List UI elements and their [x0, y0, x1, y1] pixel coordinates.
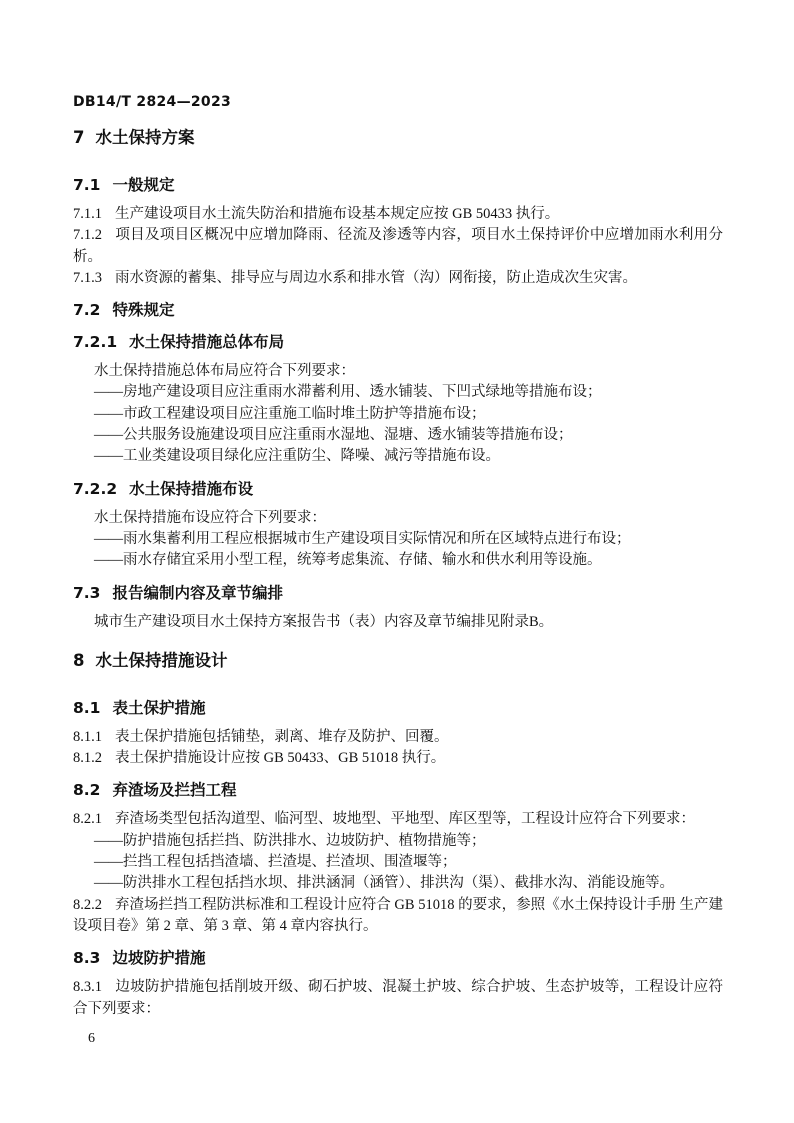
heading-number: 7.2.1 [73, 333, 117, 351]
subsection-7-2-2-heading: 7.2.2水土保持措施布设 [73, 478, 723, 500]
clause-8-1-2: 8.1.2表土保护措施设计应按 GB 50433、GB 51018 执行。 [73, 748, 723, 769]
clause-text: 弃渣场类型包括沟道型、临河型、坡地型、平地型、库区型等，工程设计应符合下列要求： [115, 811, 695, 827]
doc-number: DB14/T 2824—2023 [73, 95, 723, 110]
clause-7-1-1: 7.1.1生产建设项目水土流失防治和措施布设基本规定应按 GB 50433 执行… [73, 204, 723, 225]
clause-text: 项目及项目区概况中应增加降雨、径流及渗透等内容，项目水土保持评价中应增加雨水利用… [73, 227, 723, 264]
heading-title: 表土保护措施 [112, 699, 205, 717]
list-item-dash: ——防护措施包括拦挡、防洪排水、边坡防护、植物措施等； [94, 831, 723, 852]
section-8-3-heading: 8.3边坡防护措施 [73, 947, 723, 969]
section-8-1-heading: 8.1表土保护措施 [73, 697, 723, 719]
clause-number: 8.2.2 [73, 897, 102, 913]
heading-number: 7 [73, 128, 84, 147]
heading-number: 7.2 [73, 301, 100, 319]
heading-number: 7.1 [73, 176, 100, 194]
clause-text: 边坡防护措施包括削坡开级、砌石护坡、混凝土护坡、综合护坡、生态护坡等，工程设计应… [73, 979, 723, 1016]
subsection-7-2-1-heading: 7.2.1水土保持措施总体布局 [73, 331, 723, 353]
heading-title: 一般规定 [112, 176, 174, 194]
chapter-8-heading: 8水土保持措施设计 [73, 650, 723, 672]
clause-number: 8.3.1 [73, 979, 102, 995]
list-item-dash: ——雨水存储宜采用小型工程，统筹考虑集流、存储、输水和供水利用等设施。 [94, 550, 723, 571]
list-item-dash: ——防洪排水工程包括挡水坝、排洪涵洞（涵管）、排洪沟（渠）、截排水沟、消能设施等… [94, 873, 723, 894]
paragraph: 城市生产建设项目水土保持方案报告书（表）内容及章节编排见附录B。 [73, 612, 723, 633]
heading-number: 8.1 [73, 699, 100, 717]
heading-number: 8 [73, 651, 84, 670]
clause-number: 8.2.1 [73, 811, 102, 827]
heading-title: 特殊规定 [112, 301, 174, 319]
clause-8-2-2: 8.2.2弃渣场拦挡工程防洪标准和工程设计应符合 GB 51018 的要求，参照… [73, 895, 723, 938]
section-8-2-heading: 8.2弃渣场及拦挡工程 [73, 779, 723, 801]
clause-number: 7.1.2 [73, 227, 102, 243]
clause-text: 表土保护措施包括铺垫，剥离、堆存及防护、回覆。 [115, 729, 449, 745]
heading-title: 水土保持措施布设 [129, 480, 253, 498]
list-item-dash: ——房地产建设项目应注重雨水滞蓄利用、透水铺装、下凹式绿地等措施布设； [94, 382, 723, 403]
section-7-1-heading: 7.1一般规定 [73, 174, 723, 196]
clause-number: 7.1.1 [73, 206, 102, 222]
heading-number: 8.3 [73, 949, 100, 967]
heading-title: 弃渣场及拦挡工程 [112, 781, 236, 799]
clause-text: 雨水资源的蓄集、排导应与周边水系和排水管（沟）网衔接，防止造成次生灾害。 [115, 270, 637, 286]
list-item-dash: ——工业类建设项目绿化应注重防尘、降噪、减污等措施布设。 [94, 446, 723, 467]
list-item-dash: ——公共服务设施建设项目应注重雨水湿地、湿塘、透水铺装等措施布设； [94, 425, 723, 446]
clause-number: 8.1.2 [73, 750, 102, 766]
document-page: DB14/T 2824—2023 7水土保持方案 7.1一般规定 7.1.1生产… [0, 0, 794, 1123]
heading-number: 7.3 [73, 584, 100, 602]
clause-text: 生产建设项目水土流失防治和措施布设基本规定应按 GB 50433 执行。 [115, 206, 559, 222]
clause-8-3-1: 8.3.1边坡防护措施包括削坡开级、砌石护坡、混凝土护坡、综合护坡、生态护坡等，… [73, 977, 723, 1020]
heading-title: 报告编制内容及章节编排 [112, 584, 283, 602]
page-number: 6 [88, 1031, 95, 1047]
section-7-2-heading: 7.2特殊规定 [73, 299, 723, 321]
clause-8-1-1: 8.1.1表土保护措施包括铺垫，剥离、堆存及防护、回覆。 [73, 727, 723, 748]
heading-title: 水土保持措施设计 [95, 651, 227, 670]
paragraph: 水土保持措施总体布局应符合下列要求： [73, 361, 723, 382]
clause-text: 表土保护措施设计应按 GB 50433、GB 51018 执行。 [115, 750, 445, 766]
clause-text: 弃渣场拦挡工程防洪标准和工程设计应符合 GB 51018 的要求，参照《水土保持… [73, 897, 723, 934]
list-item-dash: ——拦挡工程包括挡渣墙、拦渣堤、拦渣坝、围渣堰等； [94, 852, 723, 873]
list-item-dash: ——市政工程建设项目应注重施工临时堆土防护等措施布设； [94, 404, 723, 425]
clause-8-2-1: 8.2.1弃渣场类型包括沟道型、临河型、坡地型、平地型、库区型等，工程设计应符合… [73, 809, 723, 830]
page-content: DB14/T 2824—2023 7水土保持方案 7.1一般规定 7.1.1生产… [0, 0, 794, 1020]
clause-number: 7.1.3 [73, 270, 102, 286]
heading-title: 边坡防护措施 [112, 949, 205, 967]
heading-title: 水土保持方案 [95, 128, 194, 147]
heading-title: 水土保持措施总体布局 [129, 333, 284, 351]
clause-7-1-3: 7.1.3雨水资源的蓄集、排导应与周边水系和排水管（沟）网衔接，防止造成次生灾害… [73, 268, 723, 289]
paragraph: 水土保持措施布设应符合下列要求： [73, 508, 723, 529]
clause-number: 8.1.1 [73, 729, 102, 745]
heading-number: 7.2.2 [73, 480, 117, 498]
list-item-dash: ——雨水集蓄利用工程应根据城市生产建设项目实际情况和所在区域特点进行布设； [94, 529, 723, 550]
clause-7-1-2: 7.1.2项目及项目区概况中应增加降雨、径流及渗透等内容，项目水土保持评价中应增… [73, 225, 723, 268]
heading-number: 8.2 [73, 781, 100, 799]
section-7-3-heading: 7.3报告编制内容及章节编排 [73, 582, 723, 604]
chapter-7-heading: 7水土保持方案 [73, 127, 723, 149]
